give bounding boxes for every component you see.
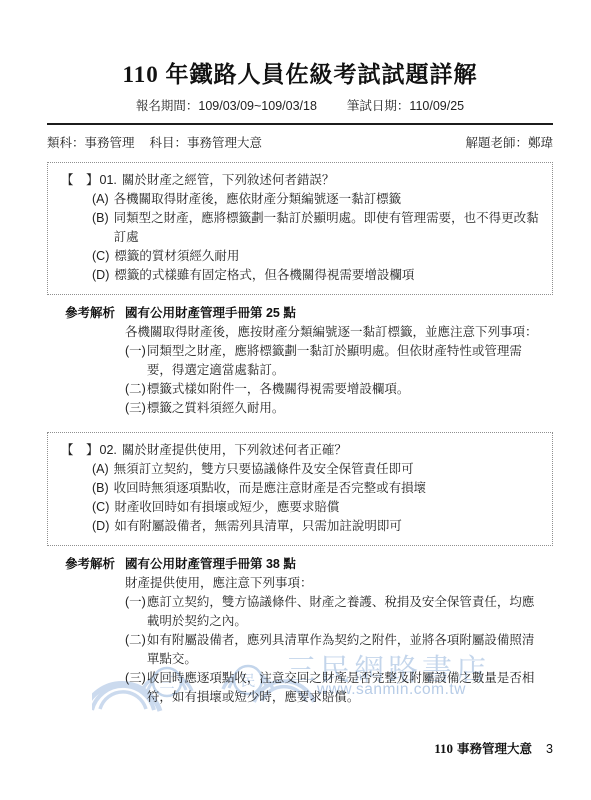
page-content: 110 年鐵路人員佐級考試試題詳解 報名期間：109/03/09~109/03/… xyxy=(0,56,591,707)
question-1-head: 【 】 01. 關於財產之經管，下列敘述何者錯誤？ xyxy=(61,171,542,190)
exam-solution-page: 三 民 三民網路書店 www.sanmin.com.tw 110 年鐵路人員佐級… xyxy=(0,0,591,800)
analysis-body: 國有公用財產管理手冊第 38 點 財產提供使用，應注意下列事項： (一) 應訂立… xyxy=(125,555,553,707)
option-label: (B) xyxy=(92,209,109,247)
item-marker: (一) xyxy=(125,593,146,631)
item-marker: (二) xyxy=(125,380,146,399)
option-text: 標籤的式樣雖有固定格式，但各機關得視需要增設欄項 xyxy=(114,266,542,285)
exam-dates-row: 報名期間：109/03/09~109/03/18 筆試日期：110/09/25 xyxy=(47,96,553,114)
subject-label: 科目：事務管理大意 xyxy=(150,133,263,151)
analysis-intro: 財產提供使用，應注意下列事項： xyxy=(125,574,543,593)
option-label: (D) xyxy=(92,517,109,536)
header-divider xyxy=(47,123,553,125)
analysis-item-1: (一) 應訂立契約，雙方協議條件、財產之養護、稅捐及安全保管責任，均應載明於契約… xyxy=(125,593,543,631)
footer-year: 110 xyxy=(434,741,453,757)
option-d: (D) 標籤的式樣雖有固定格式，但各機關得視需要增設欄項 xyxy=(61,266,542,285)
option-text: 無須訂立契約，雙方只要協議條件及安全保管責任即可 xyxy=(114,460,542,479)
option-text: 各機關取得財產後，應依財產分類編號逐一黏訂標籤 xyxy=(114,190,542,209)
category-subject: 類科：事務管理 科目：事務管理大意 xyxy=(47,133,262,151)
option-label: (A) xyxy=(92,190,109,209)
written-exam-date: 筆試日期：110/09/25 xyxy=(347,96,464,114)
analysis-label: 參考解析 xyxy=(65,304,125,418)
item-text: 如有附屬設備者，應列具清單作為契約之附件，並將各項附屬設備照清單點交。 xyxy=(147,631,543,669)
option-text: 財產收回時如有損壞或短少，應要求賠償 xyxy=(114,498,542,517)
analysis-item-3: (三) 標籤之質料須經久耐用。 xyxy=(125,399,543,418)
category-label: 類科：事務管理 xyxy=(47,133,135,151)
analysis-intro: 各機關取得財產後，應按財產分類編號逐一黏訂標籤，並應注意下列事項： xyxy=(125,323,543,342)
analysis-source: 國有公用財產管理手冊第 38 點 xyxy=(125,555,543,574)
question-number: 01. xyxy=(100,171,117,190)
analysis-label: 參考解析 xyxy=(65,555,125,707)
page-title: 110 年鐵路人員佐級考試試題詳解 xyxy=(47,56,553,89)
registration-period: 報名期間：109/03/09~109/03/18 xyxy=(136,96,317,114)
footer-page-number: 3 xyxy=(546,742,553,756)
item-marker: (一) xyxy=(125,342,146,380)
analysis-item-1: (一) 同類型之財產，應將標籤劃一黏訂於顯明處。但依財產特性或管理需要，得選定適… xyxy=(125,342,543,380)
option-text: 如有附屬設備者，無需列具清單，只需加註說明即可 xyxy=(114,517,542,536)
question-number: 02. xyxy=(100,441,117,460)
option-label: (B) xyxy=(92,479,109,498)
page-footer: 110 事務管理大意 3 xyxy=(434,739,553,757)
question-2-head: 【 】 02. 關於財產提供使用，下列敘述何者正確？ xyxy=(61,441,542,460)
item-marker: (三) xyxy=(125,399,146,418)
option-d: (D) 如有附屬設備者，無需列具清單，只需加註說明即可 xyxy=(61,517,542,536)
answer-bracket: 【 】 xyxy=(61,441,99,460)
option-label: (A) xyxy=(92,460,109,479)
item-text: 收回時應逐項點收，注意交回之財產是否完整及附屬設備之數量是否相符，如有損壞或短少… xyxy=(147,669,543,707)
analysis-item-2: (二) 如有附屬設備者，應列具清單作為契約之附件，並將各項附屬設備照清單點交。 xyxy=(125,631,543,669)
analysis-item-2: (二) 標籤式樣如附件一，各機關得視需要增設欄項。 xyxy=(125,380,543,399)
option-c: (C) 標籤的質材須經久耐用 xyxy=(61,247,542,266)
option-text: 收回時無須逐項點收，而是應注意財產是否完整或有損壞 xyxy=(114,479,542,498)
option-label: (D) xyxy=(92,266,109,285)
option-a: (A) 無須訂立契約，雙方只要協議條件及安全保管責任即可 xyxy=(61,460,542,479)
question-box-1: 【 】 01. 關於財產之經管，下列敘述何者錯誤？ (A) 各機關取得財產後，應… xyxy=(47,162,553,295)
item-marker: (二) xyxy=(125,631,146,669)
answer-bracket: 【 】 xyxy=(61,171,99,190)
analysis-1: 參考解析 國有公用財產管理手冊第 25 點 各機關取得財產後，應按財產分類編號逐… xyxy=(47,304,553,418)
analysis-source: 國有公用財產管理手冊第 25 點 xyxy=(125,304,543,323)
question-box-2: 【 】 02. 關於財產提供使用，下列敘述何者正確？ (A) 無須訂立契約，雙方… xyxy=(47,432,553,546)
analysis-item-3: (三) 收回時應逐項點收，注意交回之財產是否完整及附屬設備之數量是否相符，如有損… xyxy=(125,669,543,707)
exam-meta-row: 類科：事務管理 科目：事務管理大意 解題老師：鄭瑋 xyxy=(47,133,553,151)
option-b: (B) 同類型之財產，應將標籤劃一黏訂於顯明處。即使有管理需要，也不得更改黏訂處 xyxy=(61,209,542,247)
analysis-body: 國有公用財產管理手冊第 25 點 各機關取得財產後，應按財產分類編號逐一黏訂標籤… xyxy=(125,304,553,418)
option-b: (B) 收回時無須逐項點收，而是應注意財產是否完整或有損壞 xyxy=(61,479,542,498)
item-text: 標籤之質料須經久耐用。 xyxy=(147,399,543,418)
option-c: (C) 財產收回時如有損壞或短少，應要求賠償 xyxy=(61,498,542,517)
footer-subject: 事務管理大意 xyxy=(457,739,532,757)
option-text: 標籤的質材須經久耐用 xyxy=(114,247,542,266)
teacher-label: 解題老師：鄭瑋 xyxy=(465,133,553,151)
option-a: (A) 各機關取得財產後，應依財產分類編號逐一黏訂標籤 xyxy=(61,190,542,209)
item-text: 同類型之財產，應將標籤劃一黏訂於顯明處。但依財產特性或管理需要，得選定適當處黏訂… xyxy=(147,342,543,380)
item-text: 標籤式樣如附件一，各機關得視需要增設欄項。 xyxy=(147,380,543,399)
option-label: (C) xyxy=(92,247,109,266)
option-label: (C) xyxy=(92,498,109,517)
item-marker: (三) xyxy=(125,669,146,707)
question-stem: 關於財產提供使用，下列敘述何者正確？ xyxy=(122,441,347,460)
item-text: 應訂立契約，雙方協議條件、財產之養護、稅捐及安全保管責任，均應載明於契約之內。 xyxy=(147,593,543,631)
analysis-2: 參考解析 國有公用財產管理手冊第 38 點 財產提供使用，應注意下列事項： (一… xyxy=(47,555,553,707)
option-text: 同類型之財產，應將標籤劃一黏訂於顯明處。即使有管理需要，也不得更改黏訂處 xyxy=(114,209,542,247)
question-stem: 關於財產之經管，下列敘述何者錯誤？ xyxy=(122,171,335,190)
